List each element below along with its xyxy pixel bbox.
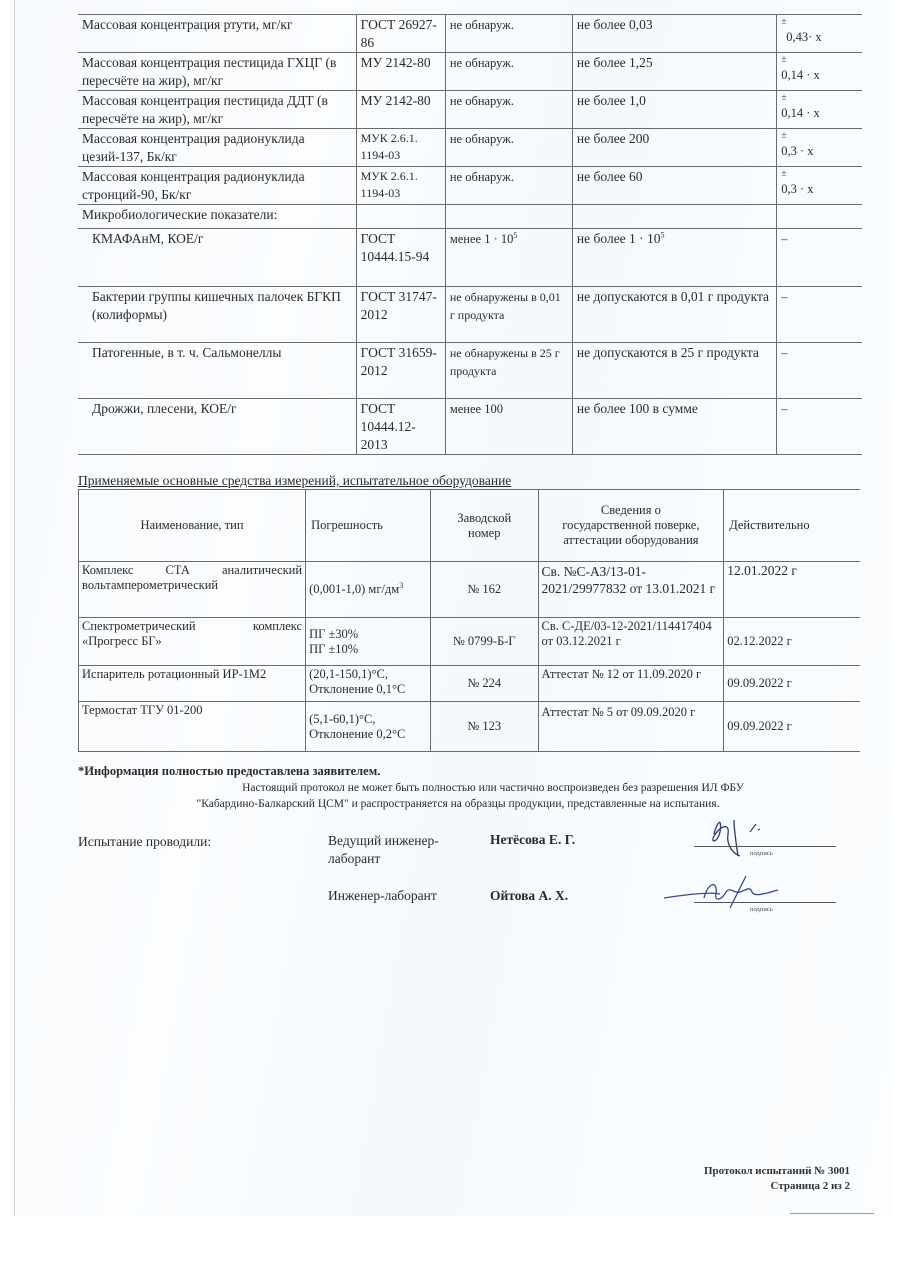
equipment-serial: № 162 bbox=[430, 562, 538, 618]
table-row: Массовая концентрация пестицида ДДТ (в п… bbox=[78, 91, 862, 129]
header-serial: Заводской номер bbox=[430, 490, 538, 562]
footer-divider bbox=[790, 1213, 874, 1214]
norm-cell: не допускаются в 0,01 г продукта bbox=[572, 287, 776, 343]
method-cell: ГОСТ 10444.15-94 bbox=[356, 229, 445, 287]
signature-line bbox=[694, 902, 836, 903]
result-cell: не обнаруж. bbox=[445, 91, 572, 129]
page-footer: Протокол испытаний № 3001 Страница 2 из … bbox=[704, 1164, 850, 1194]
error-cell: – bbox=[777, 343, 862, 399]
equipment-valid: 12.01.2022 г bbox=[724, 562, 860, 618]
signature-line bbox=[694, 846, 836, 847]
table-row: Массовая концентрация ртути, мг/кг ГОСТ … bbox=[78, 15, 862, 53]
table-row: Патогенные, в т. ч. Сальмонеллы ГОСТ 316… bbox=[78, 343, 862, 399]
error-cell: – bbox=[777, 229, 862, 287]
norm-cell: не более 200 bbox=[572, 129, 776, 167]
equipment-name: Термостат ТГУ 01-200 bbox=[79, 702, 306, 752]
error-cell: ±0,43· x bbox=[777, 15, 862, 53]
equipment-table: Наименование, тип Погрешность Заводской … bbox=[78, 489, 860, 752]
indicator-cell: Патогенные, в т. ч. Сальмонеллы bbox=[78, 343, 356, 399]
section-row: Микробиологические показатели: bbox=[78, 205, 862, 229]
result-cell: менее 1 · 105 bbox=[445, 229, 572, 287]
error-cell: ±0,3 · x bbox=[777, 167, 862, 205]
norm-cell: не допускаются в 25 г продукта bbox=[572, 343, 776, 399]
table-row: Массовая концентрация радионуклида цезий… bbox=[78, 129, 862, 167]
method-cell: МУ 2142-80 bbox=[356, 53, 445, 91]
norm-cell: не более 1,25 bbox=[572, 53, 776, 91]
page-number: Страница 2 из 2 bbox=[704, 1179, 850, 1194]
signature-caption: подпись bbox=[750, 906, 773, 913]
equipment-error: (0,001-1,0) мг/дм3 bbox=[306, 562, 431, 618]
indicator-cell: Дрожжи, плесени, КОЕ/г bbox=[78, 399, 356, 455]
method-cell: ГОСТ 31747-2012 bbox=[356, 287, 445, 343]
header-name: Наименование, тип bbox=[79, 490, 306, 562]
table-row: Испаритель ротационный ИР-1М2 (20,1-150,… bbox=[79, 666, 861, 702]
equipment-serial: № 123 bbox=[430, 702, 538, 752]
result-cell: не обнаруж. bbox=[445, 167, 572, 205]
error-cell: ±0,14 · x bbox=[777, 91, 862, 129]
error-cell: ±0,14 · x bbox=[777, 53, 862, 91]
table-row: Спектрометрический комплекс «Прогресс БГ… bbox=[79, 618, 861, 666]
equipment-valid: 02.12.2022 г bbox=[724, 618, 860, 666]
indicator-cell: Массовая концентрация ртути, мг/кг bbox=[78, 15, 356, 53]
indicator-cell: КМАФАнМ, КОЕ/г bbox=[78, 229, 356, 287]
error-cell: – bbox=[777, 399, 862, 455]
indicator-cell: Массовая концентрация пестицида ГХЦГ (в … bbox=[78, 53, 356, 91]
table-row: Комплекс СТА аналитический вольтампероме… bbox=[79, 562, 861, 618]
norm-cell: не более 1 · 105 bbox=[572, 229, 776, 287]
equipment-valid: 09.09.2022 г bbox=[724, 666, 860, 702]
indicator-cell: Массовая концентрация радионуклида строн… bbox=[78, 167, 356, 205]
table-header-row: Наименование, тип Погрешность Заводской … bbox=[79, 490, 861, 562]
equipment-name: Испаритель ротационный ИР-1М2 bbox=[79, 666, 306, 702]
signatures-label: Испытание проводили: bbox=[78, 834, 211, 850]
result-cell: не обнаружены в 25 г продукта bbox=[445, 343, 572, 399]
result-cell: не обнаруж. bbox=[445, 53, 572, 91]
table-row: Термостат ТГУ 01-200 (5,1-60,1)°С,Отклон… bbox=[79, 702, 861, 752]
result-cell: менее 100 bbox=[445, 399, 572, 455]
norm-cell: не более 1,0 bbox=[572, 91, 776, 129]
indicator-cell: Массовая концентрация пестицида ДДТ (в п… bbox=[78, 91, 356, 129]
disclaimer: Настоящий протокол не может быть полност… bbox=[78, 780, 838, 812]
table-row: Бактерии группы кишечных палочек БГКП (к… bbox=[78, 287, 862, 343]
method-cell: ГОСТ 31659-2012 bbox=[356, 343, 445, 399]
result-cell: не обнаруж. bbox=[445, 129, 572, 167]
method-cell: ГОСТ 10444.12-2013 bbox=[356, 399, 445, 455]
equipment-serial: № 0799-Б-Г bbox=[430, 618, 538, 666]
signer-role: Инженер-лаборант bbox=[328, 888, 437, 904]
signer-name: Ойтова А. Х. bbox=[490, 888, 568, 904]
equipment-verification: Аттестат № 12 от 11.09.2020 г bbox=[538, 666, 724, 702]
applicant-note: *Информация полностью предоставлена заяв… bbox=[78, 764, 380, 779]
equipment-error: ПГ ±30%ПГ ±10% bbox=[306, 618, 431, 666]
error-cell: – bbox=[777, 287, 862, 343]
table-row: Массовая концентрация пестицида ГХЦГ (в … bbox=[78, 53, 862, 91]
equipment-name: Спектрометрический комплекс «Прогресс БГ… bbox=[79, 618, 306, 666]
equipment-name: Комплекс СТА аналитический вольтампероме… bbox=[79, 562, 306, 618]
equipment-verification: Св. №С-АЗ/13-01-2021/29977832 от 13.01.2… bbox=[538, 562, 724, 618]
table-row: КМАФАнМ, КОЕ/г ГОСТ 10444.15-94 менее 1 … bbox=[78, 229, 862, 287]
equipment-error: (5,1-60,1)°С,Отклонение 0,2°С bbox=[306, 702, 431, 752]
norm-cell: не более 0,03 bbox=[572, 15, 776, 53]
header-error: Погрешность bbox=[306, 490, 431, 562]
table-row: Дрожжи, плесени, КОЕ/г ГОСТ 10444.12-201… bbox=[78, 399, 862, 455]
equipment-verification: Аттестат № 5 от 09.09.2020 г bbox=[538, 702, 724, 752]
signer-role: Ведущий инженер-лаборант bbox=[328, 832, 478, 868]
protocol-number: Протокол испытаний № 3001 bbox=[704, 1164, 850, 1179]
equipment-valid: 09.09.2022 г bbox=[724, 702, 860, 752]
header-verification: Сведения о государственной поверке, атте… bbox=[538, 490, 724, 562]
norm-cell: не более 60 bbox=[572, 167, 776, 205]
method-cell: ГОСТ 26927-86 bbox=[356, 15, 445, 53]
equipment-section-title: Применяемые основные средства измерений,… bbox=[78, 473, 511, 489]
result-cell: не обнаруж. bbox=[445, 15, 572, 53]
header-valid: Действительно bbox=[724, 490, 860, 562]
signer-name: Нетёсова Е. Г. bbox=[490, 832, 575, 848]
table-row: Массовая концентрация радионуклида строн… bbox=[78, 167, 862, 205]
result-cell: не обнаружены в 0,01 г продукта bbox=[445, 287, 572, 343]
indicator-cell: Бактерии группы кишечных палочек БГКП (к… bbox=[78, 287, 356, 343]
results-table: Массовая концентрация ртути, мг/кг ГОСТ … bbox=[78, 14, 862, 455]
method-cell: МУ 2142-80 bbox=[356, 91, 445, 129]
equipment-verification: Св. С-ДЕ/03-12-2021/114417404 от 03.12.2… bbox=[538, 618, 724, 666]
norm-cell: не более 100 в сумме bbox=[572, 399, 776, 455]
method-cell: МУК 2.6.1. 1194-03 bbox=[356, 129, 445, 167]
signature-caption: подпись bbox=[750, 850, 773, 857]
indicator-cell: Массовая концентрация радионуклида цезий… bbox=[78, 129, 356, 167]
error-cell: ±0,3 · x bbox=[777, 129, 862, 167]
equipment-serial: № 224 bbox=[430, 666, 538, 702]
method-cell: МУК 2.6.1. 1194-03 bbox=[356, 167, 445, 205]
equipment-error: (20,1-150,1)°С,Отклонение 0,1°С bbox=[306, 666, 431, 702]
micro-section-title: Микробиологические показатели: bbox=[78, 205, 356, 229]
